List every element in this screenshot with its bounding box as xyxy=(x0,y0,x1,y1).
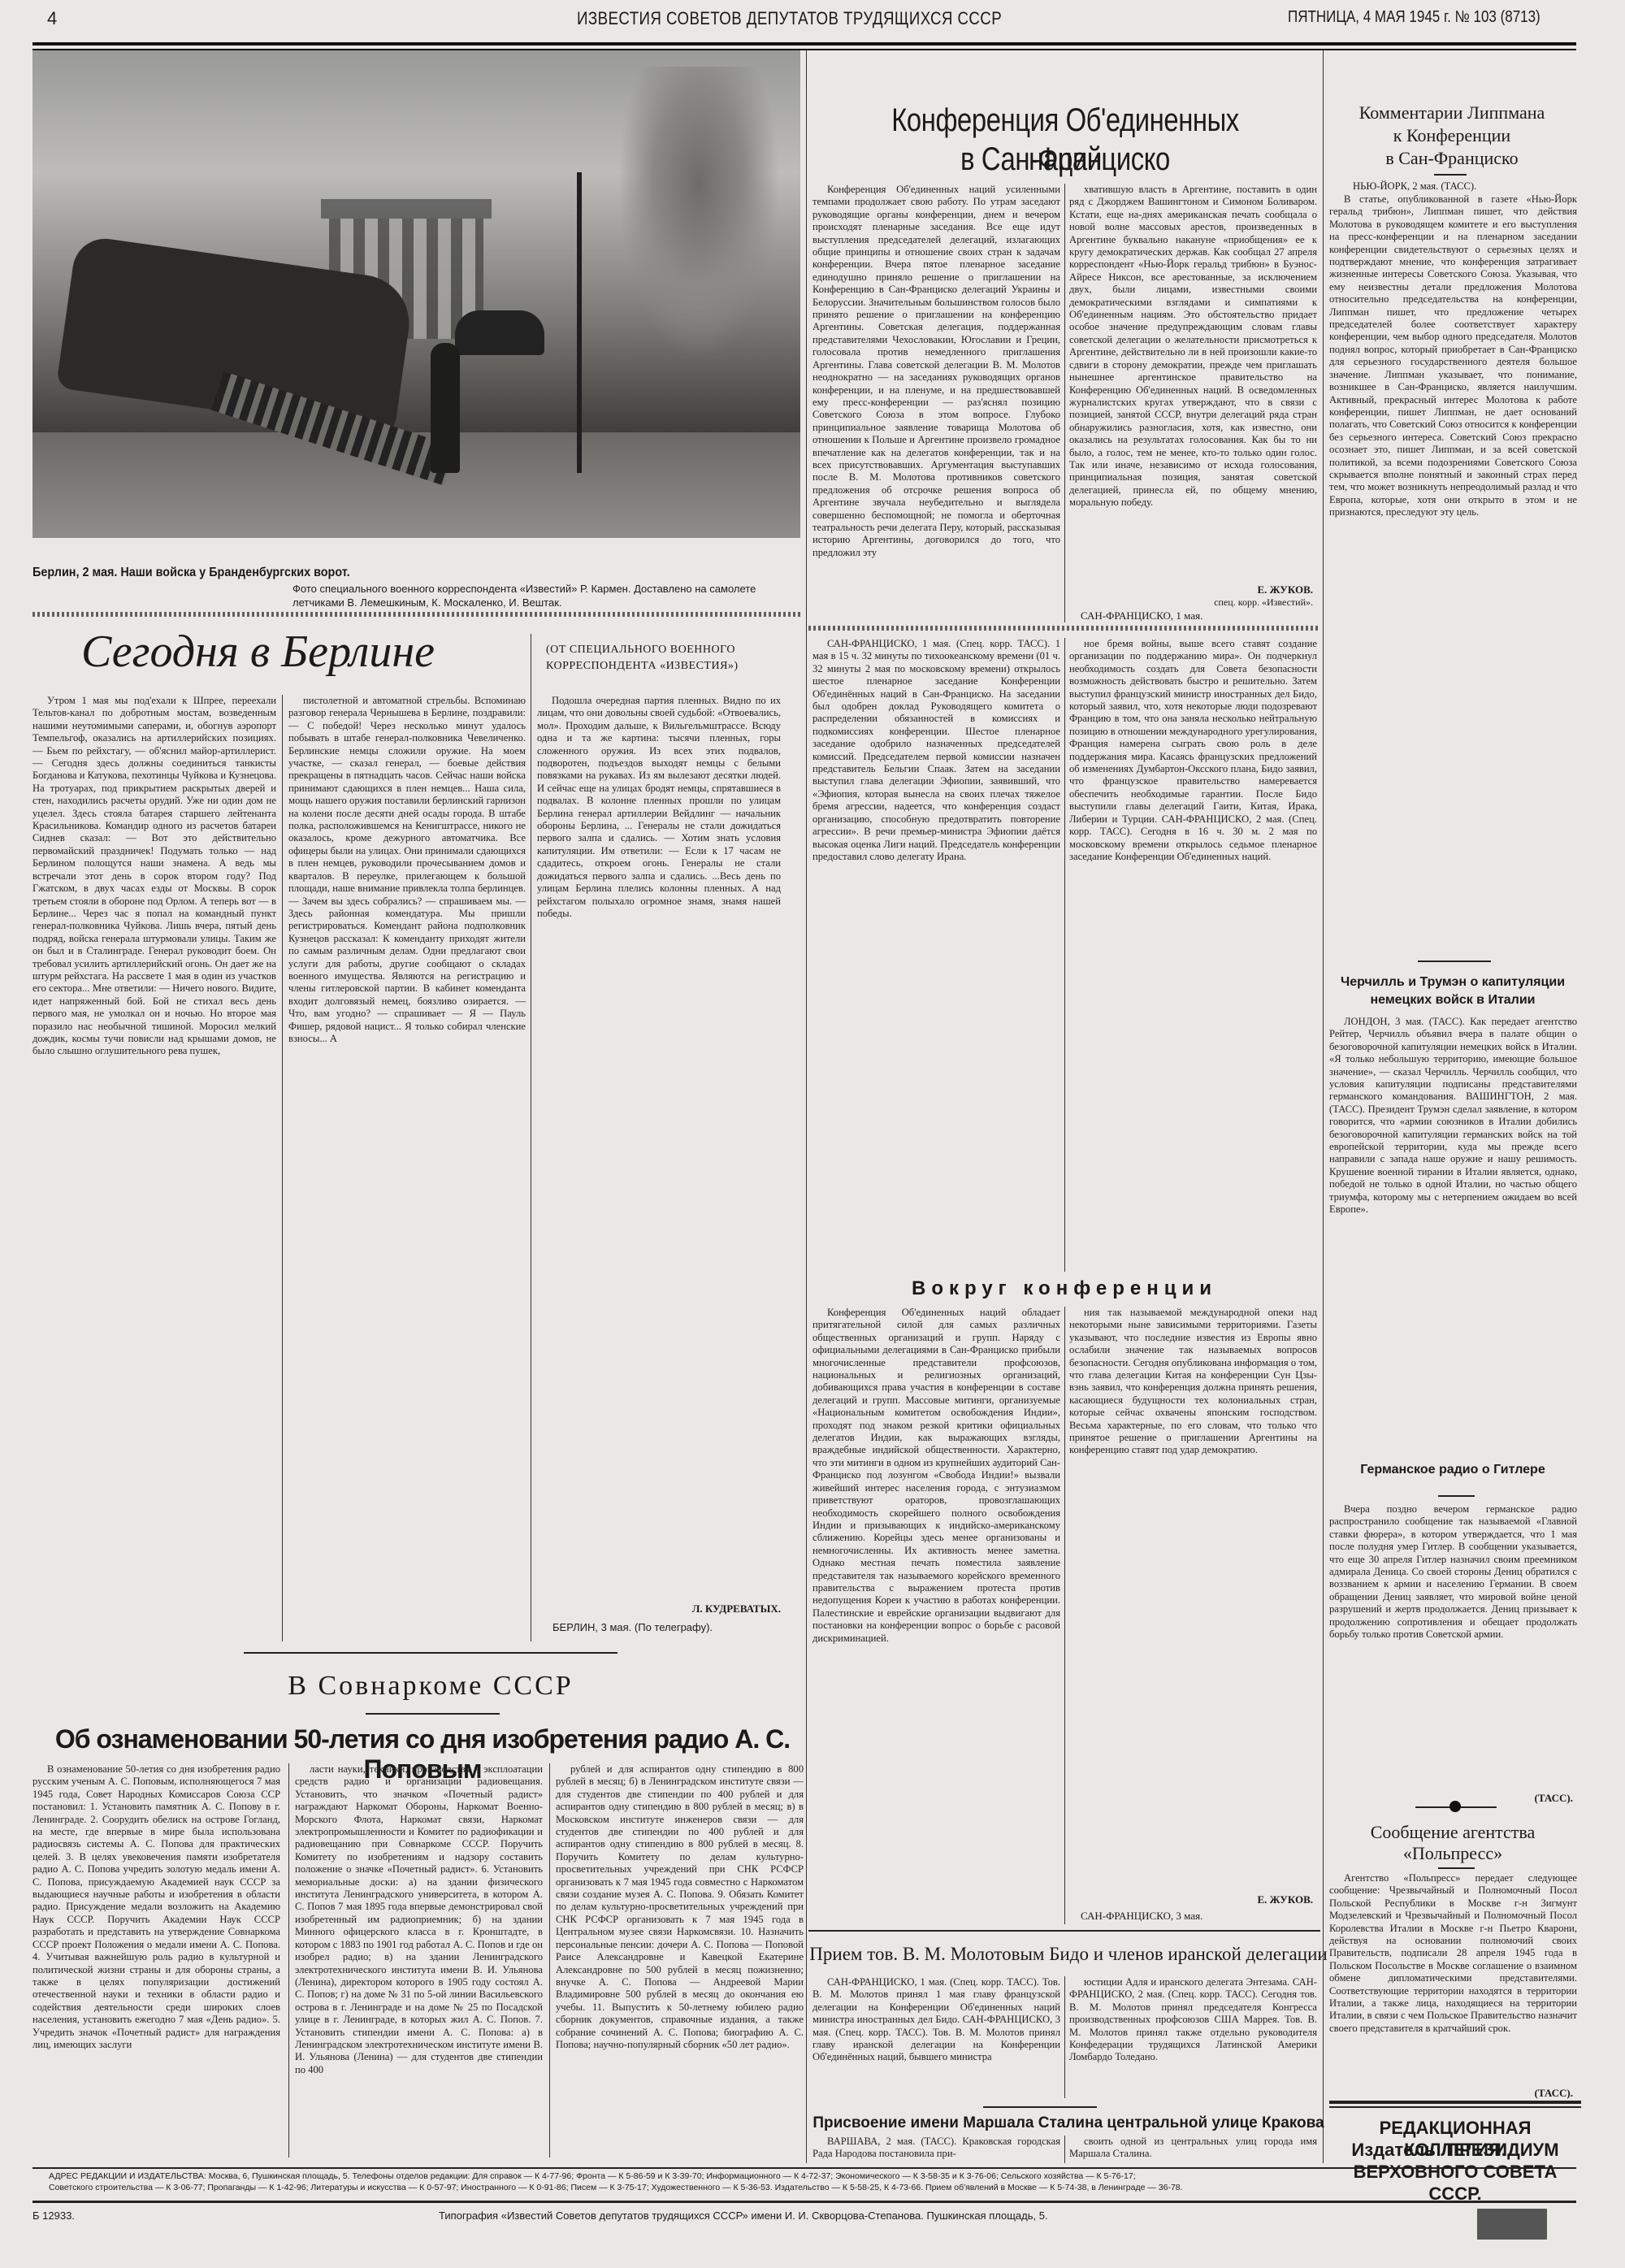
churchill-headline-1: Черчилль и Трумэн о капитуляции xyxy=(1326,974,1579,991)
column-rule xyxy=(549,1763,550,2157)
photo-car xyxy=(455,310,544,355)
polpress-body: Агентство «Польпресс» передает следующее… xyxy=(1329,1872,1577,2088)
print-mark xyxy=(1477,2209,1547,2240)
lippmann-headline-1: Комментарии Липпмана xyxy=(1326,102,1578,124)
berlin-byline: (ОТ СПЕЦИАЛЬНОГО ВОЕННОГО КОРРЕСПОНДЕНТА… xyxy=(546,642,757,674)
section-rule xyxy=(1438,1867,1475,1869)
popov-col-2: ласти науки, техники, производства и экс… xyxy=(295,1763,543,2157)
printer-line: Типография «Известий Советов депутатов т… xyxy=(439,2210,1048,2221)
german-radio-body: Вчера поздно вечером германское радио ра… xyxy=(1329,1503,1577,1792)
conference-signature-role: спец. корр. «Известий». xyxy=(1069,596,1313,609)
photo-brandenburg-gate xyxy=(32,50,800,538)
lippmann-headline-3: в Сан-Франциско xyxy=(1326,147,1578,170)
lippmann-dateline: НЬЮ-ЙОРК, 2 мая. (ТАСС). xyxy=(1353,180,1476,193)
masthead: 4 ИЗВЕСТИЯ СОВЕТОВ ДЕПУТАТОВ ТРУДЯЩИХСЯ … xyxy=(32,0,1625,42)
section-rule xyxy=(808,1930,1320,1932)
column-rule xyxy=(1064,184,1065,622)
issue-date: ПЯТНИЦА, 4 МАЯ 1945 г. № 103 (8713) xyxy=(1288,8,1540,27)
churchill-body: ЛОНДОН, 3 мая. (ТАСС). Как передает аген… xyxy=(1329,1016,1577,1455)
print-code: Б 12933. xyxy=(32,2210,75,2221)
photo-lamp xyxy=(577,172,582,473)
polpress-headline-1: Сообщение агентства xyxy=(1326,1822,1579,1843)
around-conference-col-1: Конференция Об'единенных наций обладает … xyxy=(812,1307,1060,1924)
section-rule xyxy=(983,2106,1097,2108)
krakow-col-1: ВАРШАВА, 2 мая. (ТАСС). Краковская город… xyxy=(812,2136,1060,2163)
column-rule xyxy=(806,50,807,2163)
column-rule xyxy=(282,695,283,1641)
wavy-rule xyxy=(32,612,800,617)
section-rule xyxy=(1329,2106,1581,2108)
molotov-col-1: САН-ФРАНЦИСКО, 1 мая. (Спец. корр. ТАСС)… xyxy=(812,1976,1060,2098)
popov-col-3: рублей и для аспирантов одну стипендию в… xyxy=(556,1763,804,2157)
conference-col-2: хватившую власть в Аргентине, поставить … xyxy=(1069,184,1317,582)
krakow-headline: Присвоение имени Маршала Сталина централ… xyxy=(808,2114,1328,2132)
section-rule xyxy=(366,1713,500,1715)
berlin-col-3: Подошла очередная партия пленных. Видно … xyxy=(537,695,781,1597)
photo-tree xyxy=(617,67,780,359)
lippmann-body: В статье, опубликованной в газете «Нью-Й… xyxy=(1329,193,1577,937)
churchill-headline-2: немецких войск в Италии xyxy=(1326,991,1579,1009)
column-rule xyxy=(1064,638,1065,1272)
polpress-signature: (ТАСС). xyxy=(1329,2087,1573,2100)
conference-dateline: САН-ФРАНЦИСКО, 1 мая. xyxy=(1081,609,1202,622)
column-rule xyxy=(531,634,531,1641)
conference-headline-2: в Сан-Франциско xyxy=(856,140,1273,179)
masthead-rule xyxy=(32,42,1576,46)
conference-col-1: Конференция Об'единенных наций усиленным… xyxy=(812,184,1060,622)
popov-col-1: В ознаменование 50-летия со дня изобрете… xyxy=(32,1763,280,2157)
around-conference-headline: Вокруг конференции xyxy=(808,1277,1320,1300)
column-rule xyxy=(1064,2136,1065,2163)
newspaper-title: ИЗВЕСТИЯ СОВЕТОВ ДЕПУТАТОВ ТРУДЯЩИХСЯ СС… xyxy=(577,8,1002,29)
editorial-board-2: Издатель: ПРЕЗИДИУМ xyxy=(1329,2139,1581,2161)
column-rule xyxy=(1064,1307,1065,1924)
polpress-headline-2: «Польпресс» xyxy=(1326,1843,1579,1864)
column-rule xyxy=(1064,1976,1065,2098)
bullet-ornament xyxy=(1449,1801,1461,1812)
around-conference-col-2: ния так называемой международной опеки н… xyxy=(1069,1307,1317,1884)
berlin-col-2: пистолетной и автоматной стрельбы. Вспом… xyxy=(288,695,526,1641)
section-rule xyxy=(1438,1495,1475,1497)
around-conference-signature: Е. ЖУКОВ. xyxy=(1069,1893,1313,1906)
berlin-dateline: БЕРЛИН, 3 мая. (По телеграфу). xyxy=(552,1621,713,1633)
photo-caption: Берлин, 2 мая. Наши войска у Бранденбург… xyxy=(32,566,350,580)
page-number: 4 xyxy=(47,8,57,29)
sovnarkom-section-title: В Совнаркоме СССР xyxy=(244,1674,617,1698)
column-rule xyxy=(1323,50,1324,2163)
german-radio-headline: Германское радио о Гитлере xyxy=(1326,1463,1579,1477)
photo-soldier xyxy=(431,343,460,473)
footer-address-2: Советского строительства — К 3-06-77; Пр… xyxy=(49,2183,1576,2193)
section-rule xyxy=(244,1652,617,1654)
section-rule xyxy=(1418,961,1491,962)
around-conference-dateline: САН-ФРАНЦИСКО, 3 мая. xyxy=(1081,1910,1202,1923)
krakow-col-2: своить одной из центральных улиц города … xyxy=(1069,2136,1317,2163)
footer-rule xyxy=(32,2201,1576,2203)
sf-report-col-2: ное бремя войны, выше всего ставят созда… xyxy=(1069,638,1317,1272)
sf-report-col-1: САН-ФРАНЦИСКО, 1 мая. (Спец. корр. ТАСС)… xyxy=(812,638,1060,1272)
footer-rule xyxy=(32,2167,1576,2169)
lippmann-headline-2: к Конференции xyxy=(1326,124,1578,147)
section-rule xyxy=(1329,2101,1581,2104)
photo-credit: Фото специального военного корреспондент… xyxy=(292,582,796,609)
section-rule xyxy=(1434,174,1467,176)
wavy-rule xyxy=(808,626,1320,631)
berlin-headline: Сегодня в Берлине xyxy=(81,626,435,678)
column-rule xyxy=(288,1763,289,2157)
berlin-signature: Л. КУДРЕВАТЫХ. xyxy=(537,1602,781,1615)
molotov-reception-headline: Прием тов. В. М. Молотовым Бидо и членов… xyxy=(808,1942,1328,1967)
berlin-col-1: Утром 1 мая мы под'ехали к Шпрее, переех… xyxy=(32,695,276,1641)
footer-address-1: АДРЕС РЕДАКЦИИ И ИЗДАТЕЛЬСТВА: Москва, 6… xyxy=(49,2171,1576,2182)
molotov-col-2: юстиции Адля и иранского делегата Энтеза… xyxy=(1069,1976,1317,2098)
conference-signature: Е. ЖУКОВ. xyxy=(1069,583,1313,596)
